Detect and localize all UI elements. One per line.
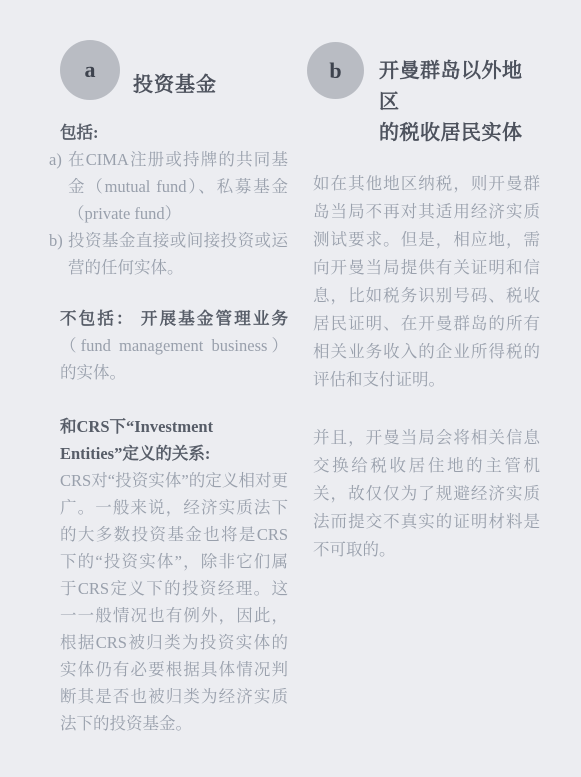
badge-circle-a: a xyxy=(60,40,120,100)
section-b-title: 开曼群岛以外地区的税收居民实体 xyxy=(379,56,540,149)
section-a-investment-funds: a 投资基金 包括: a) 在CIMA注册或持牌的共同基金（mutual fun… xyxy=(60,40,288,737)
list-item: a) 在CIMA注册或持牌的共同基金（mutual fund）、私募基金（pri… xyxy=(60,146,288,227)
includes-list: a) 在CIMA注册或持牌的共同基金（mutual fund）、私募基金（pri… xyxy=(60,146,288,281)
section-a-header: a 投资基金 xyxy=(60,40,288,100)
badge-letter-a: a xyxy=(85,59,96,81)
section-b-paragraph-1: 如在其他地区纳税，则开曼群岛当局不再对其适用经济实质测试要求。但是，相应地，需向… xyxy=(313,170,540,394)
section-b-header: b 开曼群岛以外地区的税收居民实体 xyxy=(313,40,540,149)
badge-letter-b: b xyxy=(329,60,341,82)
document-page: a 投资基金 包括: a) 在CIMA注册或持牌的共同基金（mutual fun… xyxy=(0,0,581,737)
includes-heading: 包括: xyxy=(60,119,288,146)
section-b-title-line1: 开曼群岛以外地区 xyxy=(379,60,523,113)
crs-relation-heading: 和CRS下“Investment Entities”定义的关系: xyxy=(60,413,288,467)
section-a-title: 投资基金 xyxy=(133,68,217,97)
list-marker: b) xyxy=(49,227,63,254)
list-marker: a) xyxy=(49,146,62,173)
crs-relation-body: CRS对“投资实体”的定义相对更广。一般来说，经济实质法下的大多数投资基金也将是… xyxy=(60,467,288,737)
section-b-paragraph-2: 并且，开曼当局会将相关信息交换给税收居住地的主管机关，故仅仅为了规避经济实质法而… xyxy=(313,424,540,564)
badge-circle-b: b xyxy=(307,42,364,99)
list-item: b) 投资基金直接或间接投资或运营的任何实体。 xyxy=(60,227,288,281)
excludes-lead: 不包括： 开展基金管理业务 xyxy=(60,309,288,328)
list-item-text: 在CIMA注册或持牌的共同基金（mutual fund）、私募基金（privat… xyxy=(68,150,288,223)
excludes-paragraph: 不包括： 开展基金管理业务（fund management business）的… xyxy=(60,305,288,386)
section-b-non-cayman-tax-residents: b 开曼群岛以外地区的税收居民实体 如在其他地区纳税，则开曼群岛当局不再对其适用… xyxy=(313,40,540,737)
excludes-rest: （fund management business）的实体。 xyxy=(60,336,288,382)
list-item-text: 投资基金直接或间接投资或运营的任何实体。 xyxy=(68,231,288,277)
section-b-title-line2: 的税收居民实体 xyxy=(379,122,523,144)
